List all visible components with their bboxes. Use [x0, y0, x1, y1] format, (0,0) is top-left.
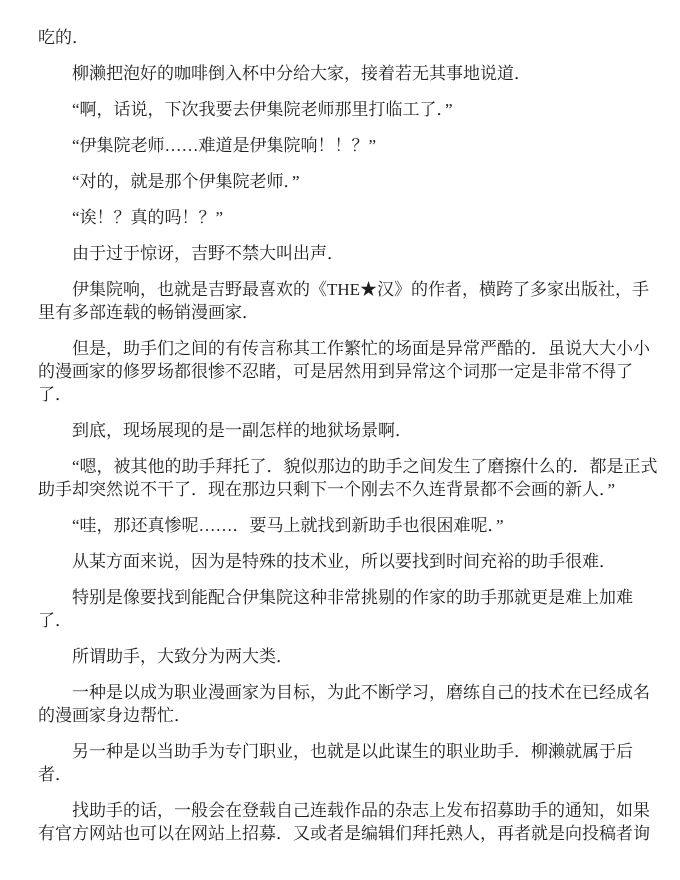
paragraph: 一种是以成为职业漫画家为目标，为此不断学习，磨练自己的技术在已经成名的漫画家身边… [38, 681, 658, 727]
paragraph: “对的，就是那个伊集院老师．” [38, 170, 658, 193]
novel-page: 吃的．柳濑把泡好的咖啡倒入杯中分给大家，接着若无其事地说道．“啊，话说，下次我要… [0, 0, 680, 880]
paragraph: 但是，助手们之间的有传言称其工作繁忙的场面是异常严酷的．虽说大大小小的漫画家的修… [38, 337, 658, 406]
paragraph: “啊，话说，下次我要去伊集院老师那里打临工了．” [38, 98, 658, 121]
paragraph: 吃的． [38, 26, 658, 49]
paragraph: 特别是像要找到能配合伊集院这种非常挑剔的作家的助手那就更是难上加难了． [38, 586, 658, 632]
paragraph: 从某方面来说，因为是特殊的技术业，所以要找到时间充裕的助手很难． [38, 550, 658, 573]
paragraph: “诶！？真的吗！？” [38, 206, 658, 229]
paragraph: 到底，现场展现的是一副怎样的地狱场景啊． [38, 419, 658, 442]
paragraph: “哇，那还真惨呢……．要马上就找到新助手也很困难呢．” [38, 514, 658, 537]
text-content: 吃的．柳濑把泡好的咖啡倒入杯中分给大家，接着若无其事地说道．“啊，话说，下次我要… [38, 26, 658, 845]
paragraph: 柳濑把泡好的咖啡倒入杯中分给大家，接着若无其事地说道． [38, 62, 658, 85]
paragraph: 找助手的话，一般会在登载自己连载作品的杂志上发布招募助手的通知，如果有官方网站也… [38, 799, 658, 845]
paragraph: 由于过于惊讶，吉野不禁大叫出声． [38, 242, 658, 265]
paragraph: 所谓助手，大致分为两大类． [38, 645, 658, 668]
paragraph: “嗯，被其他的助手拜托了．貌似那边的助手之间发生了磨擦什么的．都是正式助手却突然… [38, 455, 658, 501]
paragraph: 另一种是以当助手为专门职业，也就是以此谋生的职业助手．柳濑就属于后者． [38, 740, 658, 786]
paragraph: “伊集院老师……难道是伊集院响！！？” [38, 134, 658, 157]
paragraph: 伊集院响，也就是吉野最喜欢的《THE★汉》的作者，横跨了多家出版社，手里有多部连… [38, 278, 658, 324]
